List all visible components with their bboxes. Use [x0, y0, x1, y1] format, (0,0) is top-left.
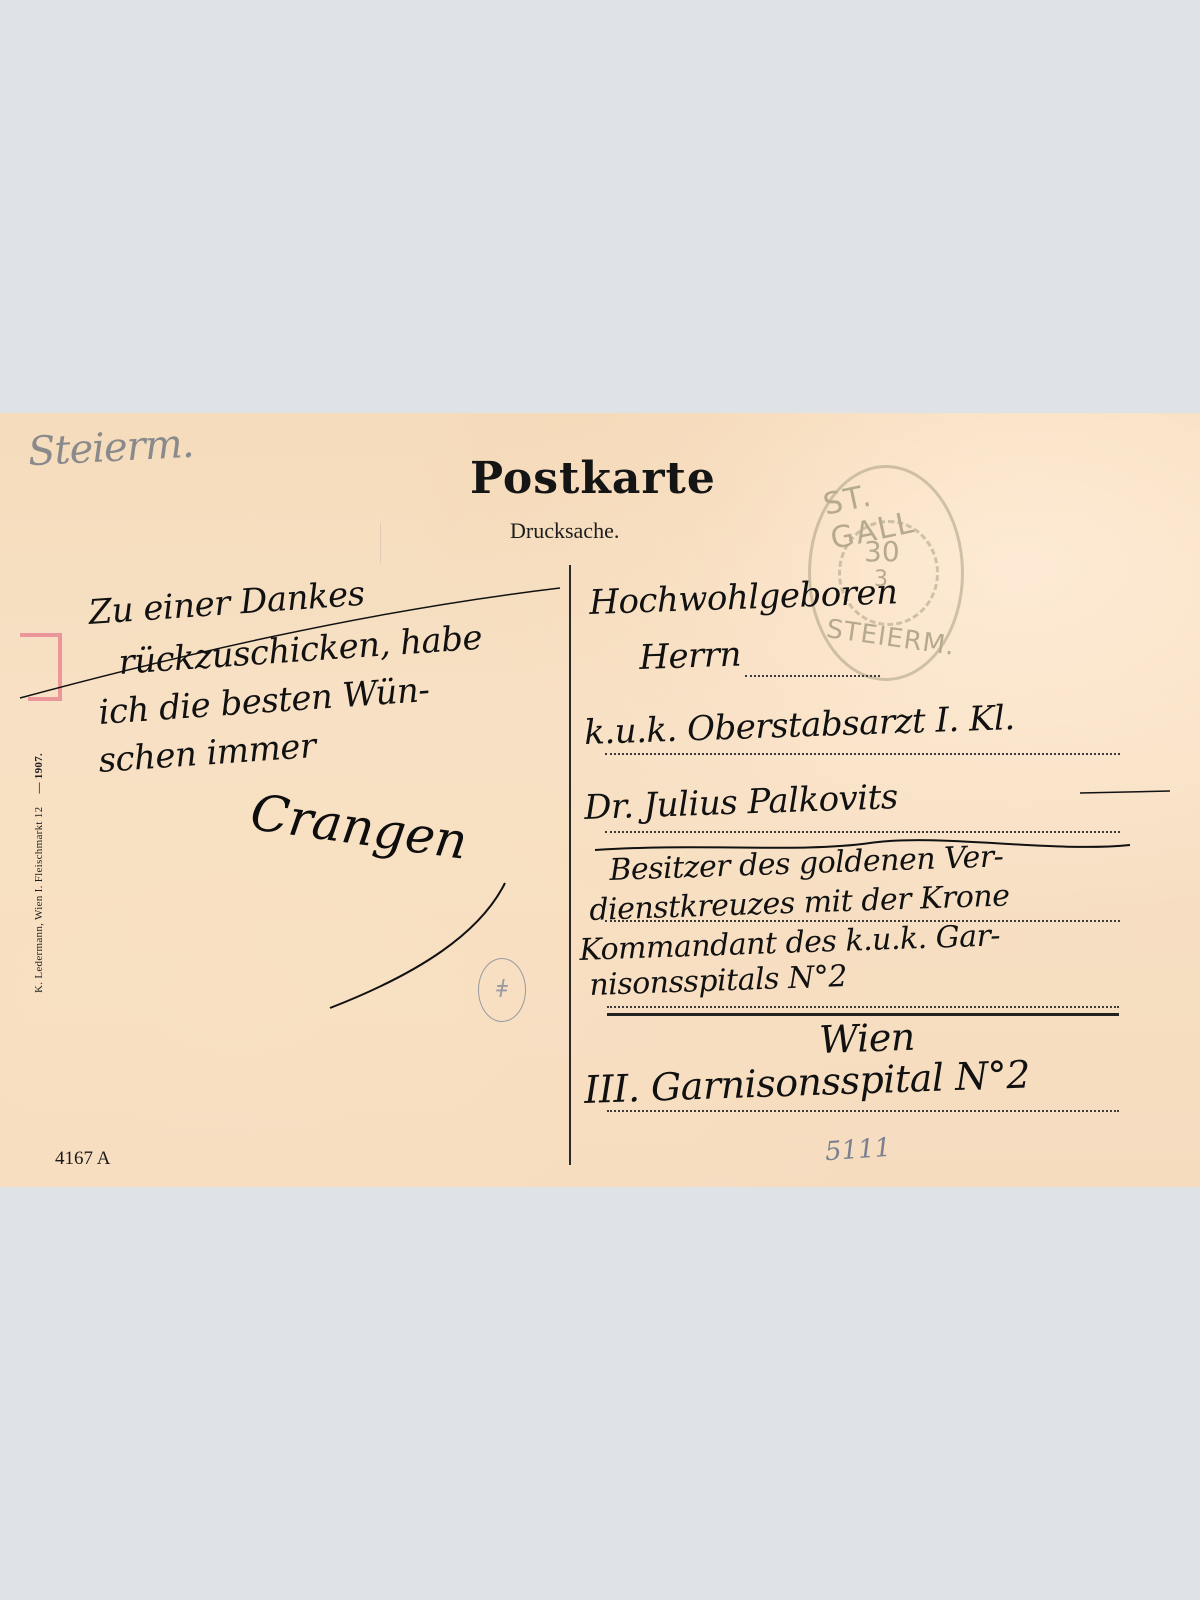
signature: Crangen: [247, 783, 471, 871]
red-bracket-mark: [28, 633, 62, 701]
message-line: schen immer: [97, 726, 317, 781]
faint-paper-mark: [380, 523, 401, 563]
address-dotted-line: [745, 675, 880, 677]
pencil-number: 5111: [824, 1133, 892, 1168]
postcard-title: Postkarte: [470, 453, 716, 504]
imprint-year: — 1907.: [33, 753, 45, 794]
postcard: Steierm. Postkarte Drucksache. ST. GALL …: [0, 413, 1200, 1187]
publisher-imprint: K. Ledermann, Wien I. Fleischmarkt 12 — …: [33, 753, 45, 993]
postcard-subtitle: Drucksache.: [510, 518, 619, 544]
postmark-day: 30: [864, 535, 900, 568]
center-divider: [569, 565, 571, 1165]
archive-mark: ǂ: [478, 958, 526, 1022]
address-line: Dr. Julius Palkovits: [584, 777, 899, 828]
address-dotted-line: [607, 1110, 1119, 1112]
address-dotted-line: [605, 920, 1120, 922]
address-line: k.u.k. Oberstabsarzt I. Kl.: [584, 698, 1016, 753]
address-line: Herrn: [639, 634, 742, 678]
message-line: rückzuschicken, habe: [117, 618, 483, 683]
address-dotted-line: [607, 1006, 1119, 1008]
imprint-text: K. Ledermann, Wien I. Fleischmarkt 12: [33, 807, 45, 993]
address-dotted-line: [605, 831, 1120, 833]
serial-number: 4167 A: [55, 1148, 110, 1170]
address-dotted-line: [605, 753, 1120, 755]
pencil-note: Steierm.: [27, 421, 195, 476]
message-line: Zu einer Dankes: [87, 574, 366, 633]
address-city: Wien: [818, 1015, 915, 1062]
address-line: III. Garnisonsspital N°2: [583, 1052, 1030, 1112]
